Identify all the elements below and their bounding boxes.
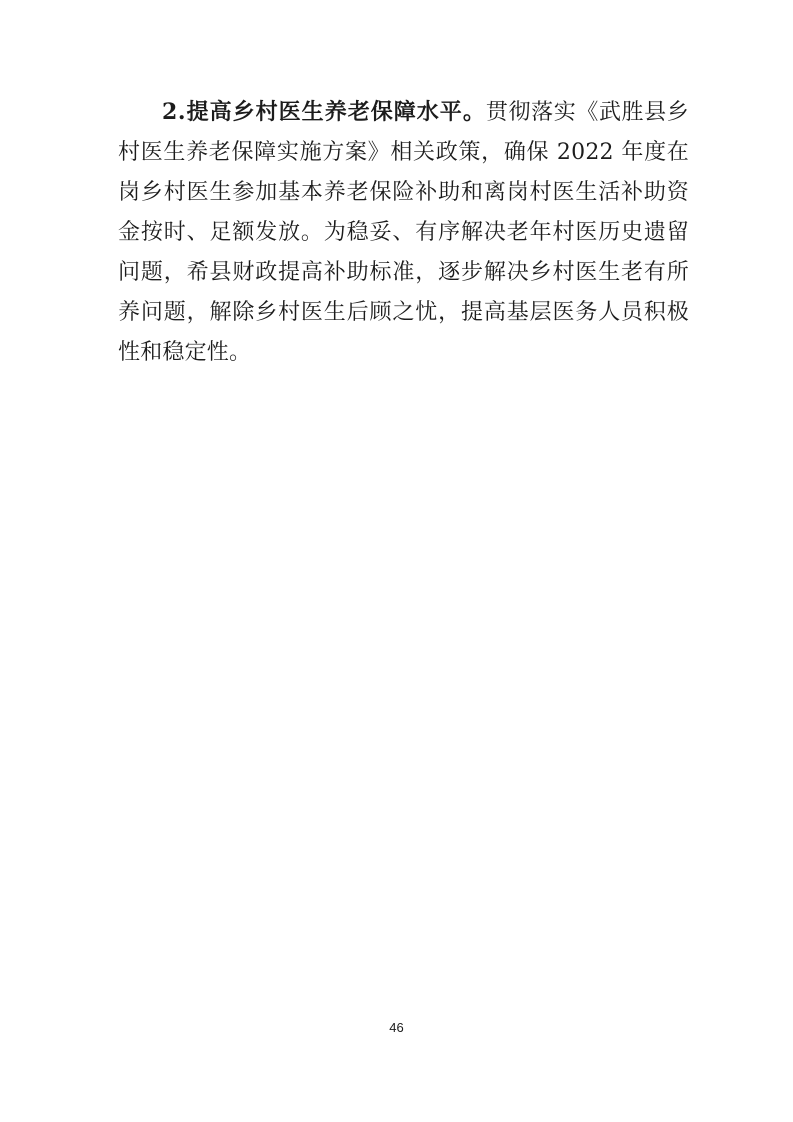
paragraph-body: 贯彻落实《武胜县乡村医生养老保障实施方案》相关政策，确保 2022 年度在岗乡村… [118,100,689,365]
paragraph-heading: 2.提高乡村医生养老保障水平。 [162,99,486,125]
page-number: 46 [0,1020,793,1035]
text-block: 2.提高乡村医生养老保障水平。贯彻落实《武胜县乡村医生养老保障实施方案》相关政策… [118,92,689,373]
paragraph: 2.提高乡村医生养老保障水平。贯彻落实《武胜县乡村医生养老保障实施方案》相关政策… [118,92,689,373]
document-page: 2.提高乡村医生养老保障水平。贯彻落实《武胜县乡村医生养老保障实施方案》相关政策… [0,0,793,1122]
